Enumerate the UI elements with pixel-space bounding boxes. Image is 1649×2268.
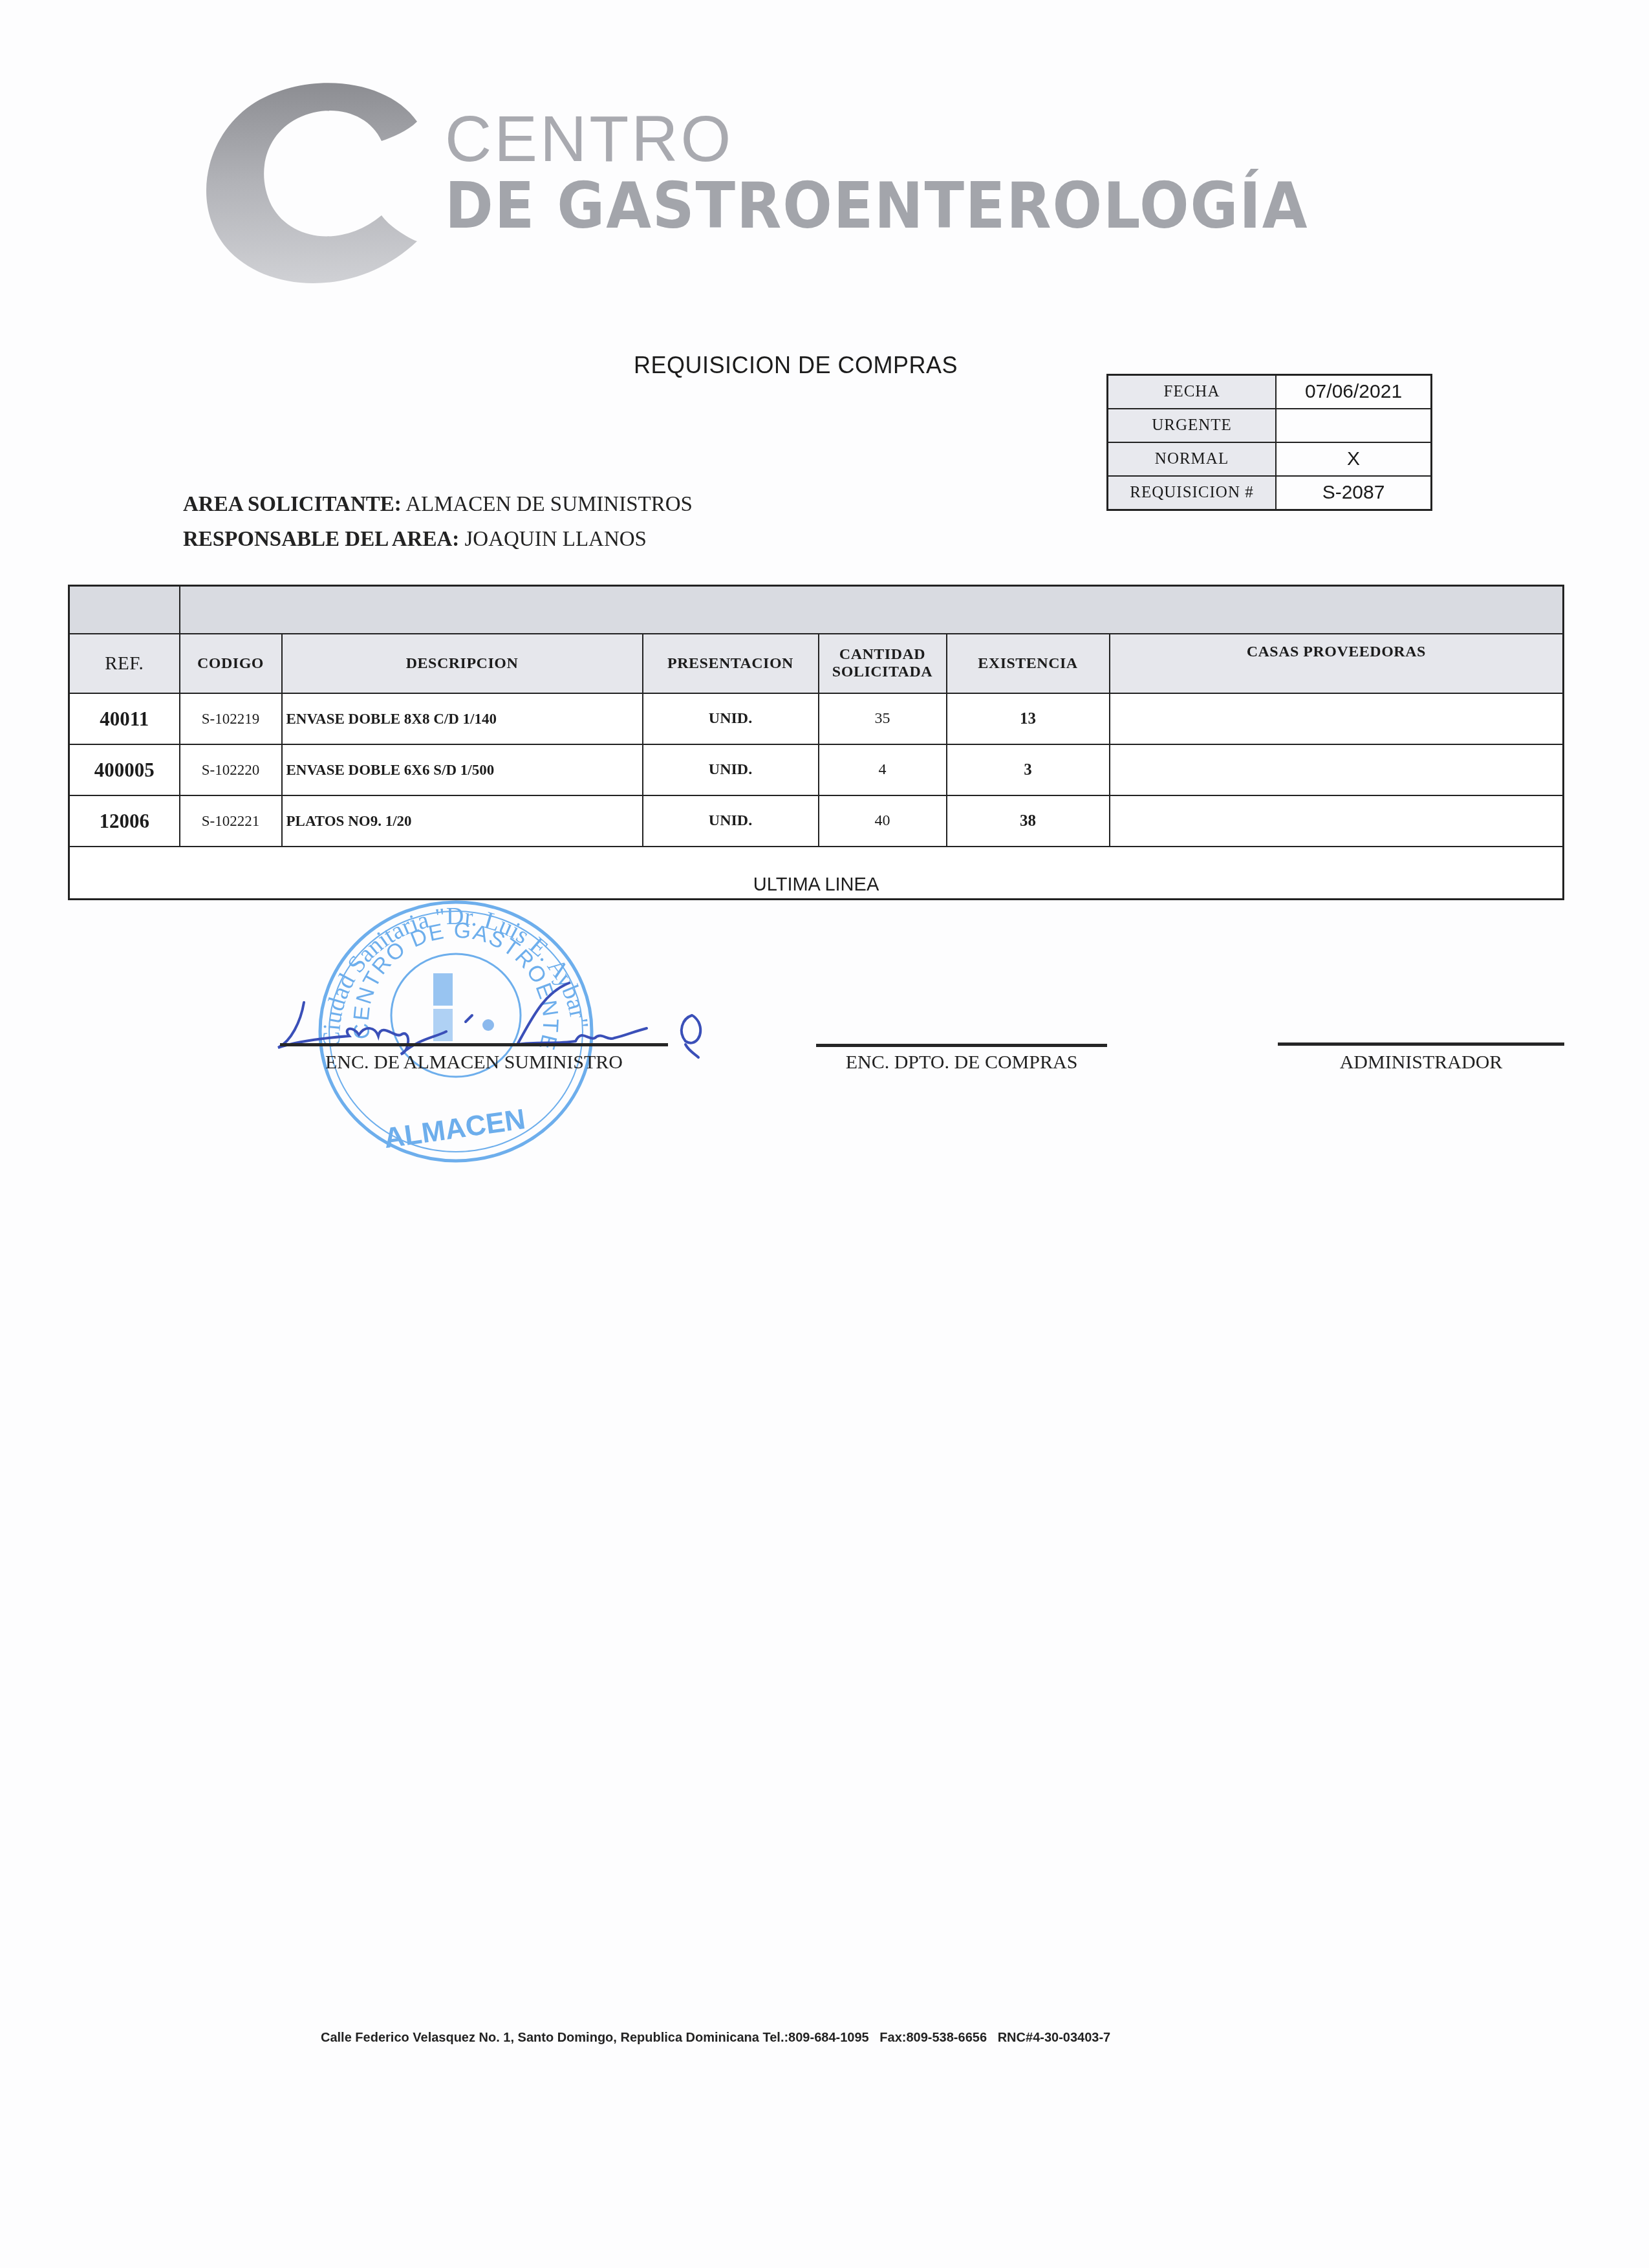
table-row: 12006 S-102221 PLATOS NO9. 1/20 UNID. 40… bbox=[69, 795, 1564, 847]
cell-codigo: S-102220 bbox=[180, 744, 282, 795]
signature-line-compras bbox=[816, 1044, 1107, 1047]
requisicion-number: S-2087 bbox=[1276, 476, 1432, 510]
page-title: REQUISICION DE COMPRAS bbox=[634, 352, 958, 379]
cell-presentacion: UNID. bbox=[643, 795, 819, 847]
signature-line-administrador bbox=[1278, 1042, 1564, 1046]
responsable-del-area: RESPONSABLE DEL AREA: JOAQUIN LLANOS bbox=[183, 528, 647, 552]
meta-label: REQUISICION # bbox=[1108, 476, 1277, 510]
cell-cantidad: 4 bbox=[819, 744, 947, 795]
col-header-proveedoras: CASAS PROVEEDORAS bbox=[1110, 634, 1564, 693]
table-row: 40011 S-102219 ENVASE DOBLE 8X8 C/D 1/14… bbox=[69, 693, 1564, 744]
col-header-existencia: EXISTENCIA bbox=[947, 634, 1110, 693]
cell-proveedoras bbox=[1110, 795, 1564, 847]
meta-row-urgente: URGENTE bbox=[1108, 409, 1432, 442]
cell-existencia: 38 bbox=[947, 795, 1110, 847]
cell-ref: 40011 bbox=[69, 693, 180, 744]
signature-label-administrador: ADMINISTRADOR bbox=[1278, 1052, 1564, 1074]
meta-label: NORMAL bbox=[1108, 442, 1277, 476]
cell-ref: 400005 bbox=[69, 744, 180, 795]
meta-label: URGENTE bbox=[1108, 409, 1277, 442]
cell-codigo: S-102221 bbox=[180, 795, 282, 847]
ultima-linea: ULTIMA LINEA bbox=[69, 847, 1564, 900]
cell-existencia: 13 bbox=[947, 693, 1110, 744]
cell-proveedoras bbox=[1110, 744, 1564, 795]
band-cell-left bbox=[69, 586, 180, 634]
meta-row-normal: NORMAL X bbox=[1108, 442, 1432, 476]
table-row: 400005 S-102220 ENVASE DOBLE 6X6 S/D 1/5… bbox=[69, 744, 1564, 795]
meta-row-fecha: FECHA 07/06/2021 bbox=[1108, 375, 1432, 409]
cell-cantidad: 40 bbox=[819, 795, 947, 847]
logo-line1: CENTRO bbox=[445, 102, 733, 177]
cell-cantidad: 35 bbox=[819, 693, 947, 744]
area-solicitante: AREA SOLICITANTE: ALMACEN DE SUMINISTROS bbox=[183, 493, 693, 517]
c-logo-icon bbox=[194, 76, 427, 290]
cell-presentacion: UNID. bbox=[643, 744, 819, 795]
meta-label: FECHA bbox=[1108, 375, 1277, 409]
urgente-value bbox=[1276, 409, 1432, 442]
last-line-row: ULTIMA LINEA bbox=[69, 847, 1564, 900]
table-top-band bbox=[69, 586, 1564, 634]
area-value: ALMACEN DE SUMINISTROS bbox=[405, 493, 693, 516]
meta-row-requisicion: REQUISICION # S-2087 bbox=[1108, 476, 1432, 510]
cell-descripcion: PLATOS NO9. 1/20 bbox=[282, 795, 643, 847]
cell-existencia: 3 bbox=[947, 744, 1110, 795]
col-header-codigo: CODIGO bbox=[180, 634, 282, 693]
col-header-descripcion: DESCRIPCION bbox=[282, 634, 643, 693]
signature-line-almacen bbox=[280, 1043, 668, 1046]
cell-proveedoras bbox=[1110, 693, 1564, 744]
cell-descripcion: ENVASE DOBLE 6X6 S/D 1/500 bbox=[282, 744, 643, 795]
col-header-presentacion: PRESENTACION bbox=[643, 634, 819, 693]
cell-descripcion: ENVASE DOBLE 8X8 C/D 1/140 bbox=[282, 693, 643, 744]
responsible-label: RESPONSABLE DEL AREA: bbox=[183, 528, 459, 551]
signature-label-almacen: ENC. DE ALMACEN SUMINISTRO bbox=[280, 1052, 668, 1074]
area-label: AREA SOLICITANTE: bbox=[183, 493, 402, 516]
footer-address: Calle Federico Velasquez No. 1, Santo Do… bbox=[321, 2031, 1110, 2046]
responsible-value: JOAQUIN LLANOS bbox=[465, 528, 647, 551]
cell-ref: 12006 bbox=[69, 795, 180, 847]
logo-line2: DE GASTROENTEROLOGÍA bbox=[445, 169, 1308, 243]
fecha-value: 07/06/2021 bbox=[1276, 375, 1432, 409]
requisition-meta-box: FECHA 07/06/2021 URGENTE NORMAL X REQUIS… bbox=[1106, 374, 1432, 511]
band-cell-right bbox=[180, 586, 1564, 634]
signature-label-compras: ENC. DPTO. DE COMPRAS bbox=[800, 1052, 1123, 1074]
col-header-cantidad: CANTIDADSOLICITADA bbox=[819, 634, 947, 693]
cell-presentacion: UNID. bbox=[643, 693, 819, 744]
stamp-bottom-text: ALMACEN bbox=[382, 1103, 528, 1154]
table-header-row: REF. CODIGO DESCRIPCION PRESENTACION CAN… bbox=[69, 634, 1564, 693]
items-table: REF. CODIGO DESCRIPCION PRESENTACION CAN… bbox=[68, 585, 1564, 900]
col-header-ref: REF. bbox=[69, 634, 180, 693]
cell-codigo: S-102219 bbox=[180, 693, 282, 744]
normal-value: X bbox=[1276, 442, 1432, 476]
